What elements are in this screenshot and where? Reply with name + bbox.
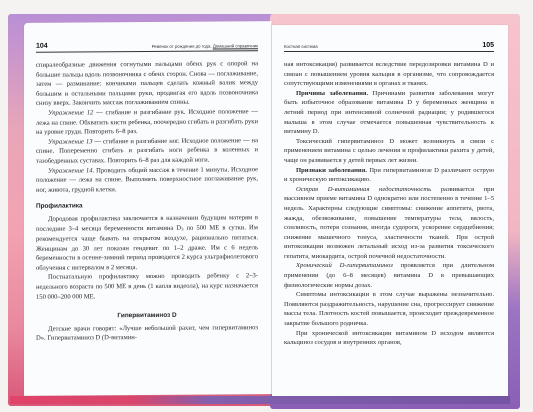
section-heading-prophylaxis: Профилактика [36, 201, 258, 212]
paragraph: При хронической интоксикации витамином D… [284, 329, 494, 348]
right-page-body: ная интоксикация) развивается вследствие… [284, 60, 494, 348]
paragraph: ная интоксикация) развивается вследствие… [284, 60, 494, 89]
paragraph-acute: Острая D-витаминная недостаточность разв… [284, 185, 494, 262]
paragraph: Дородовая профилактика заключается в наз… [36, 213, 258, 273]
left-page: 104 Ребенок от рождения до года. Домашни… [24, 21, 272, 396]
right-page-header: Костная система 105 [284, 42, 494, 52]
running-head: Ребенок от рождения до года. Домашний сп… [152, 43, 258, 49]
book-cover-bottom-edge [10, 396, 510, 404]
running-head-book: Ребенок от рождения до года. [152, 44, 212, 49]
paragraph: Симптомы интоксикации в этом случае выра… [284, 290, 494, 328]
page-number: 105 [482, 42, 494, 49]
left-page-body: спиралеобразные движения согнутыми пальц… [36, 59, 258, 344]
paragraph-chronic: Хронический D-гипервитаминоз проявляется… [284, 261, 494, 290]
paragraph-causes: Причины заболевания. Причинами развития … [284, 89, 494, 137]
paragraph-signs: Признаки заболевания. При гипервитаминоз… [284, 166, 494, 185]
paragraph: Детские врачи говорят: «Лучше небольшой … [36, 323, 258, 344]
paragraph: Постнатальную профилактику можно проводи… [36, 272, 258, 302]
section-heading-hypervitaminosis: Гипервитаминоз D [36, 310, 258, 321]
running-head: Костная система [284, 44, 318, 49]
page-number: 104 [36, 43, 48, 50]
left-page-header: 104 Ребенок от рождения до года. Домашни… [36, 41, 258, 53]
right-page: Костная система 105 ная интоксикация) ра… [272, 25, 508, 396]
paragraph: Токсический гипервитаминоз D может возни… [284, 137, 494, 166]
paragraph-exercise-14: Упражнение 14. Проводить общий массаж в … [36, 165, 258, 195]
running-head-series: Домашний справочник [213, 43, 258, 48]
paragraph: спиралеобразные движения согнутыми пальц… [36, 59, 258, 109]
paragraph-exercise-12: Упражнение 12 — сгибание и разгибание ру… [36, 107, 258, 137]
paragraph-exercise-13: Упражнение 13 — сгибание и разгибание но… [36, 136, 258, 166]
